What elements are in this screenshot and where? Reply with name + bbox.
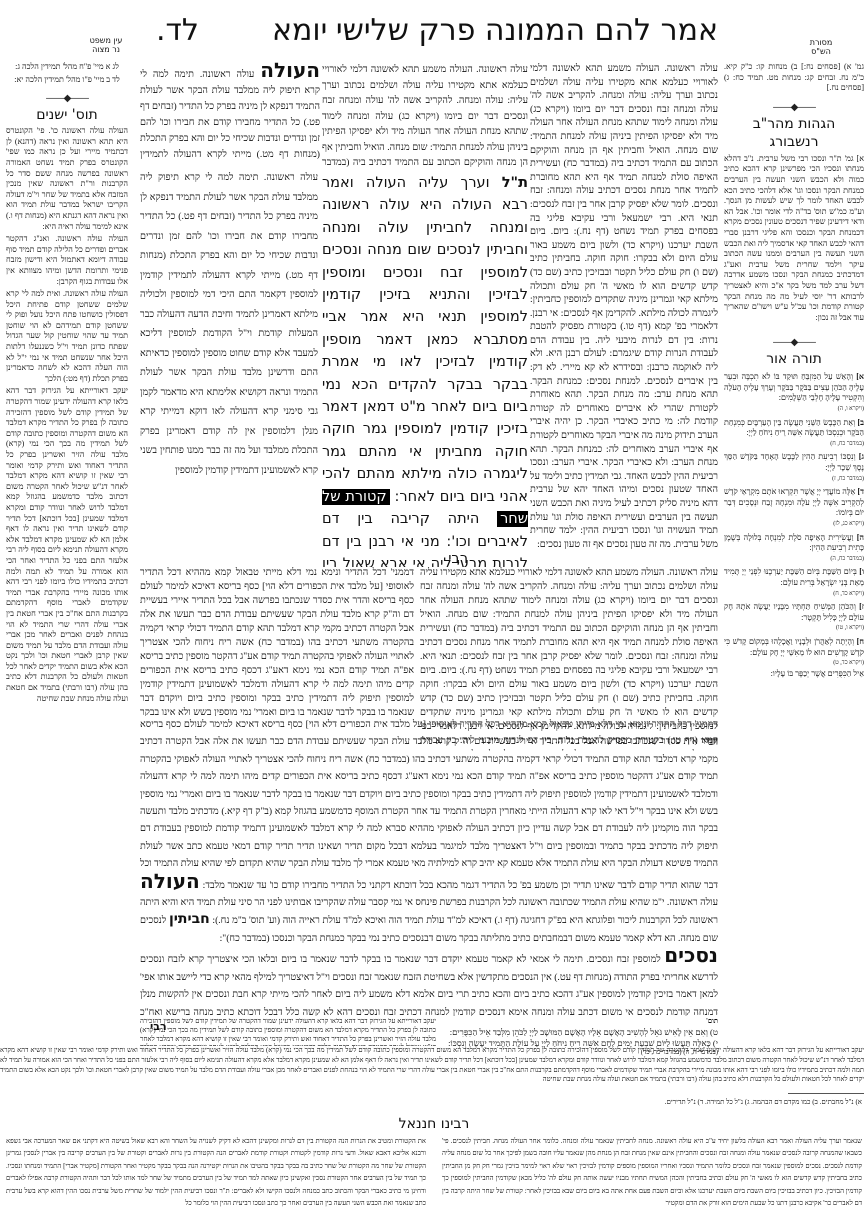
tosafot-text: עולה ראשונה. י"מ שהיא עולת התמיד שכתובה … (140, 897, 718, 926)
verse-label: ה] (857, 533, 864, 542)
rabbenu-chananel-title: רבינו חננאל (0, 1116, 868, 1132)
tosafot-column: עולה ראשונה. תימה למה לי קרא תיפוק ליה מ… (140, 168, 318, 563)
gilyon-fullwidth: יעקב דאורייתא על הגירזק דבר דהא בלאו קרא… (0, 1046, 864, 1092)
verse-ref: (ויקרא ו, ה) (724, 404, 864, 415)
verse-label: ז] (859, 602, 864, 611)
verse-label: ד] (858, 487, 865, 496)
verse-text: וַעֲשִׂירִית הָאֵיפָה סֹלֶת לְמִנְחָה בְ… (724, 533, 864, 553)
torah-or-verse: ה] וַעֲשִׂירִית הָאֵיפָה סֹלֶת לְמִנְחָה… (724, 533, 864, 565)
verse-ref: (במדבר כח, ז) (724, 474, 864, 485)
verse-text: וְהָאֵשׁ עַל הַמִּזְבֵּחַ תּוּקַד בּוֹ ל… (724, 372, 864, 402)
verse-text: וְנִסְכּוֹ רְבִיעִת הַהִין לַכֶּבֶשׂ הָא… (724, 452, 864, 472)
tosafot-yeshanim-text-3: העולה עולה ראשונה. ואית למה לי' קרא שלמי… (6, 289, 128, 384)
ornament-divider: ——◆—— (724, 337, 864, 348)
torah-or-verse: ח] וְהָיְתָה לְאַהֲרֹן וּלְבָנָיו וַאֲכָ… (724, 637, 864, 669)
ein-mishpat-entry-1: לג א מיי' פ"ח מהל' תמידין הלכה ג: (6, 62, 128, 73)
hagahot-text: א] גמ' ת"ר ונסכו רבי משל ערבית. נ"ב דהלא… (724, 154, 864, 324)
hagahot-title-2: רנשבורג (724, 133, 864, 151)
footnote-divider (788, 1093, 864, 1094)
masoret-label-line2: הש"ס (802, 47, 840, 56)
torah-or-title: תורה אור (724, 350, 864, 368)
tosafot-top: העולה עולה ראשונה. תימה למה לי קרא תיפוק… (140, 62, 320, 162)
torah-or-verses: א] וְהָאֵשׁ עַל הַמִּזְבֵּחַ תּוּקַד בּו… (724, 372, 864, 679)
ein-mishpat-label: עין משפט נר מצוה (80, 36, 132, 54)
tosafot-yeshanim-text-2: העולה עולה ראשונה. ואנ"ג דהקטר אברים ופד… (6, 234, 128, 287)
ein-mishpat-entry-2: לד ב מיי' פ"ו מהל' תמידין הלכה יא: (6, 75, 128, 86)
rabbenu-chananel-right-column: שנאמר וערך עליה העולה ואמר רבא העולה בלש… (442, 1136, 862, 1208)
bottom-ref-line: ט) וְאִם אֵין לָאִישׁ גֹּאֵל לְהָשִׁיב ה… (440, 1027, 718, 1038)
gemara-body-1: וערך עליה העולה ואמר רבא העולה היא עולה … (322, 175, 528, 505)
verse-label: ח] (857, 637, 864, 646)
verse-ref: (ויקרא כג, לז) (724, 519, 864, 530)
tosafot-text: דממני' דכל התדיר ונימא נמי דלא מייתי טבא… (140, 567, 414, 716)
tosafot-text: דממני' דכל התדיר ונימא נמי דלא מייתי טבא… (140, 719, 718, 891)
ein-mishpat-label-line1: עין משפט (80, 36, 132, 45)
rashi-text: עולה ראשונה. העולה משמע תהא לאשונה דלמי … (322, 64, 528, 170)
chapter-title: אמר להם הממונה פרק שלישי (336, 14, 718, 48)
verse-text: בְּיוֹם הַשַּׁבָּת בְּיוֹם הַשַּׁבָּת יַ… (724, 567, 864, 587)
rashi-commentary: עולה ראשונה. העולה משמע תהא לאשונה דלמי … (530, 62, 718, 562)
verse-text: וְהַכֹּהֵן הַמָּשִׁיחַ תַּחְתָּיו מִבָּנ… (724, 602, 864, 622)
tosafot-lead: נסכים (664, 943, 718, 967)
verse-ref: (ויקרא ו, טו) (724, 623, 864, 634)
torah-or-verse: ב] וְאֵת הַכֶּבֶשׂ הַשֵּׁנִי תַּעֲשֶׂה ב… (724, 418, 864, 450)
verse-label: ו] (859, 567, 864, 576)
tractate-title: יומא (272, 14, 327, 48)
gemara-lead: ת"ל (502, 175, 528, 191)
tosafot-text: עולה ראשונה. תימה למה לי קרא תיפוק ליה מ… (140, 69, 320, 162)
torah-or-tail: אֵיל הַכִּפֻּרִים אֲשֶׁר יְכַפֶּר בּוֹ ע… (724, 669, 864, 680)
verse-text: וְהָיְתָה לְאַהֲרֹן וּלְבָנָיו וַאֲכָלֻה… (724, 637, 864, 657)
left-sidebar: לג א מיי' פ"ח מהל' תמידין הלכה ג: לד ב מ… (6, 62, 128, 704)
verse-label: ג] (859, 452, 864, 461)
rabbenu-chananel-left-column: את הקטורת ומטיב את הנרות הנה הקטורת בין … (6, 1136, 426, 1208)
masoret-label: מסורת הש"ס (802, 38, 840, 56)
verse-ref: (ויקרא כד, ט) (724, 658, 864, 669)
tosafot-text: למוספין זבח ונסכים. תימה לי אמאי לא קאמר… (140, 954, 718, 1016)
right-sidebar: גמ' א) [פסחים נח:] ב) מנחות קו: כ"ק קיא.… (724, 62, 864, 679)
rashi-text: עולה ראשונה. העולה משמע תהא לאשונה דלמי … (530, 63, 718, 550)
tosafot-fullwidth: דממני' דכל התדיר ונימא נמי דלא מייתי טבא… (140, 716, 718, 1016)
gilyon-body: יעקב דאורייתא על הגירזק דבר דהא בלאו קרא… (0, 1047, 864, 1083)
rashi-top-band: עולה ראשונה. העולה משמע תהא לאשונה דלמי … (322, 62, 528, 170)
tosafot-marker: תום' (706, 1018, 718, 1025)
verse-label: א] (856, 372, 864, 381)
tosafot-lead: העולה (140, 869, 200, 893)
tosafot-lower-left: דממני' דכל התדיר ונימא נמי דלא מייתי טבא… (140, 566, 414, 716)
tosafot-lead: העולה (260, 62, 320, 82)
tosafot-text: עולה ראשונה. תימה למה לי קרא תיפוק ליה מ… (140, 172, 318, 476)
torah-or-verse: ו] בְּיוֹם הַשַּׁבָּת בְּיוֹם הַשַּׁבָּת… (724, 567, 864, 599)
masoret-hashas-text: גמ' א) [פסחים נח:] ב) מנחות קו: כ"ק קיא.… (724, 62, 864, 94)
footnotes: א) נ"ל מחבתים. ב) כמו מקדם דם הבהמה. ג) … (562, 1098, 862, 1106)
gemara-text: ת"ל וערך עליה העולה ואמר רבא העולה היא ע… (322, 172, 528, 567)
verse-ref: (ויקרא כד, ח) (724, 589, 864, 600)
masoret-label-line1: מסורת (802, 38, 840, 47)
ein-mishpat-label-line2: נר מצוה (80, 45, 132, 54)
ornament-divider: ——◆—— (724, 102, 864, 113)
ornament-divider: ——◆—— (6, 93, 128, 104)
tosafot-yeshanim-text-continued: יעקב דאורייתא על הגירזק דבר דהא בלאו קרא… (6, 386, 128, 704)
folio-number: לד. (156, 14, 199, 48)
verse-text: וְאֵת הַכֶּבֶשׂ הַשֵּׁנִי תַּעֲשֶׂה בֵּי… (724, 418, 864, 438)
torah-or-verse: ז] וְהַכֹּהֵן הַמָּשִׁיחַ תַּחְתָּיו מִב… (724, 602, 864, 634)
torah-or-verse: א] וְהָאֵשׁ עַל הַמִּזְבֵּחַ תּוּקַד בּו… (724, 372, 864, 414)
gilyon-body: יעקב דאורייתא על הגירזק דבר דהא בלאו קרא… (140, 1018, 436, 1046)
verse-ref: (במדבר כח, ה) (724, 554, 864, 565)
verse-ref: (במדבר כח, ח) (724, 439, 864, 450)
verse-label: ב] (857, 418, 864, 427)
torah-or-verse: ד] אֵלֶּה מוֹעֲדֵי יְיָ אֲשֶׁר תִּקְרְאו… (724, 487, 864, 529)
verse-text: אֵלֶּה מוֹעֲדֵי יְיָ אֲשֶׁר תִּקְרְאוּ א… (724, 487, 864, 517)
hagahot-title-1: הגהות מהר"ב (724, 115, 864, 133)
tosafot-yeshanim-text-1: העולה עולה ראשונה כו'. פי' הקונטרס היא ת… (6, 126, 128, 232)
tosafot-yeshanim-title: תוס' ישנים (6, 106, 128, 124)
torah-or-verse: ג] וְנִסְכּוֹ רְבִיעִת הַהִין לַכֶּבֶשׂ … (724, 452, 864, 484)
tosafot-lead: חביתין (169, 911, 210, 927)
gilyon-text: יעקב דאורייתא על הגירזק דבר דהא בלאו קרא… (140, 1018, 436, 1046)
